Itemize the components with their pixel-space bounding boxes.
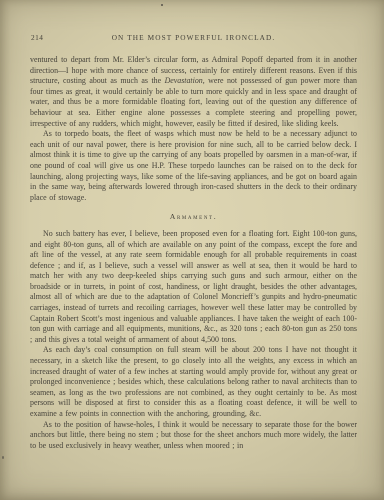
body-text-segment: No such battery has ever, I believe, bee… — [30, 229, 357, 344]
page-number: 214 — [31, 33, 43, 42]
section-heading: Armament. — [30, 212, 357, 223]
paragraph: ventured to depart from Mr. Elder’s circ… — [30, 55, 357, 129]
body-text-segment: As to the position of hawse-holes, I thi… — [30, 420, 357, 450]
page-header: 214 ON THE MOST POWERFUL IRONCLAD. — [30, 33, 357, 42]
body-text-segment: As to torpedo boats, the fleet of wasps … — [30, 129, 357, 202]
paragraph: As to the position of hawse-holes, I thi… — [30, 420, 357, 452]
scan-speck-icon — [2, 456, 4, 459]
book-page: 214 ON THE MOST POWERFUL IRONCLAD. ventu… — [0, 0, 384, 500]
paragraph: As to torpedo boats, the fleet of wasps … — [30, 129, 357, 203]
scan-speck-icon — [161, 4, 163, 6]
paragraph: No such battery has ever, I believe, bee… — [30, 229, 357, 346]
running-head-title: ON THE MOST POWERFUL IRONCLAD. — [112, 33, 276, 42]
italic-text: Devastation — [165, 76, 203, 85]
paragraph: As each day’s coal consumption on full s… — [30, 345, 357, 419]
page-body: ventured to depart from Mr. Elder’s circ… — [30, 55, 357, 451]
body-text-segment: As each day’s coal consumption on full s… — [30, 345, 357, 418]
